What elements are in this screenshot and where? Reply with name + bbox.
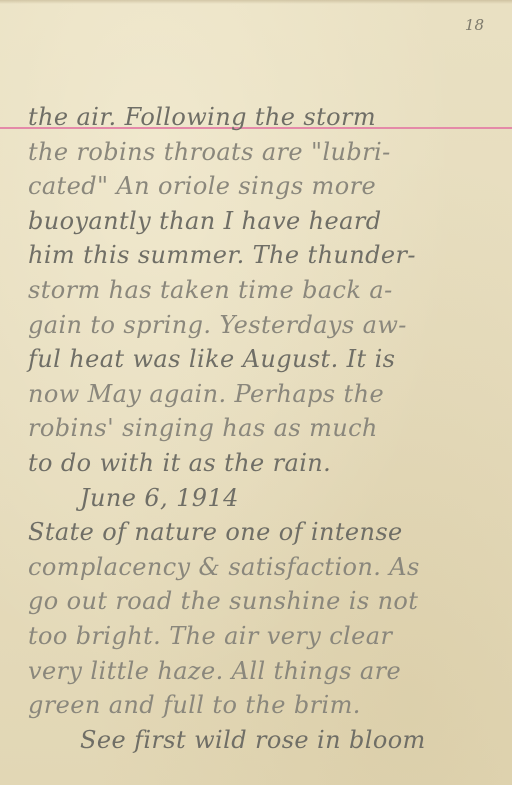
text-line: complacency & satisfaction. As [0, 550, 512, 585]
text-line: buoyantly than I have heard [0, 204, 512, 239]
text-line: ful heat was like August. It is [0, 342, 512, 377]
handwritten-text: the air. Following the storm the robins … [0, 100, 512, 757]
text-line: very little haze. All things are [0, 654, 512, 689]
text-line: State of nature one of intense [0, 515, 512, 550]
text-line: storm has taken time back a- [0, 273, 512, 308]
text-line: cated" An oriole sings more [0, 169, 512, 204]
text-line: the air. Following the storm [0, 100, 512, 135]
text-line: green and full to the brim. [0, 688, 512, 723]
text-line: gain to spring. Yesterdays aw- [0, 308, 512, 343]
text-line: him this summer. The thunder- [0, 238, 512, 273]
page-number: 18 [465, 16, 484, 34]
page-top-edge [0, 0, 512, 4]
entry-date: June 6, 1914 [0, 481, 512, 516]
text-line: go out road the sunshine is not [0, 584, 512, 619]
text-line: too bright. The air very clear [0, 619, 512, 654]
text-line: robins' singing has as much [0, 411, 512, 446]
text-line: the robins throats are "lubri- [0, 135, 512, 170]
text-line: now May again. Perhaps the [0, 377, 512, 412]
text-line: to do with it as the rain. [0, 446, 512, 481]
notebook-page: 18 the air. Following the storm the robi… [0, 0, 512, 785]
text-line: See first wild rose in bloom [0, 723, 512, 758]
